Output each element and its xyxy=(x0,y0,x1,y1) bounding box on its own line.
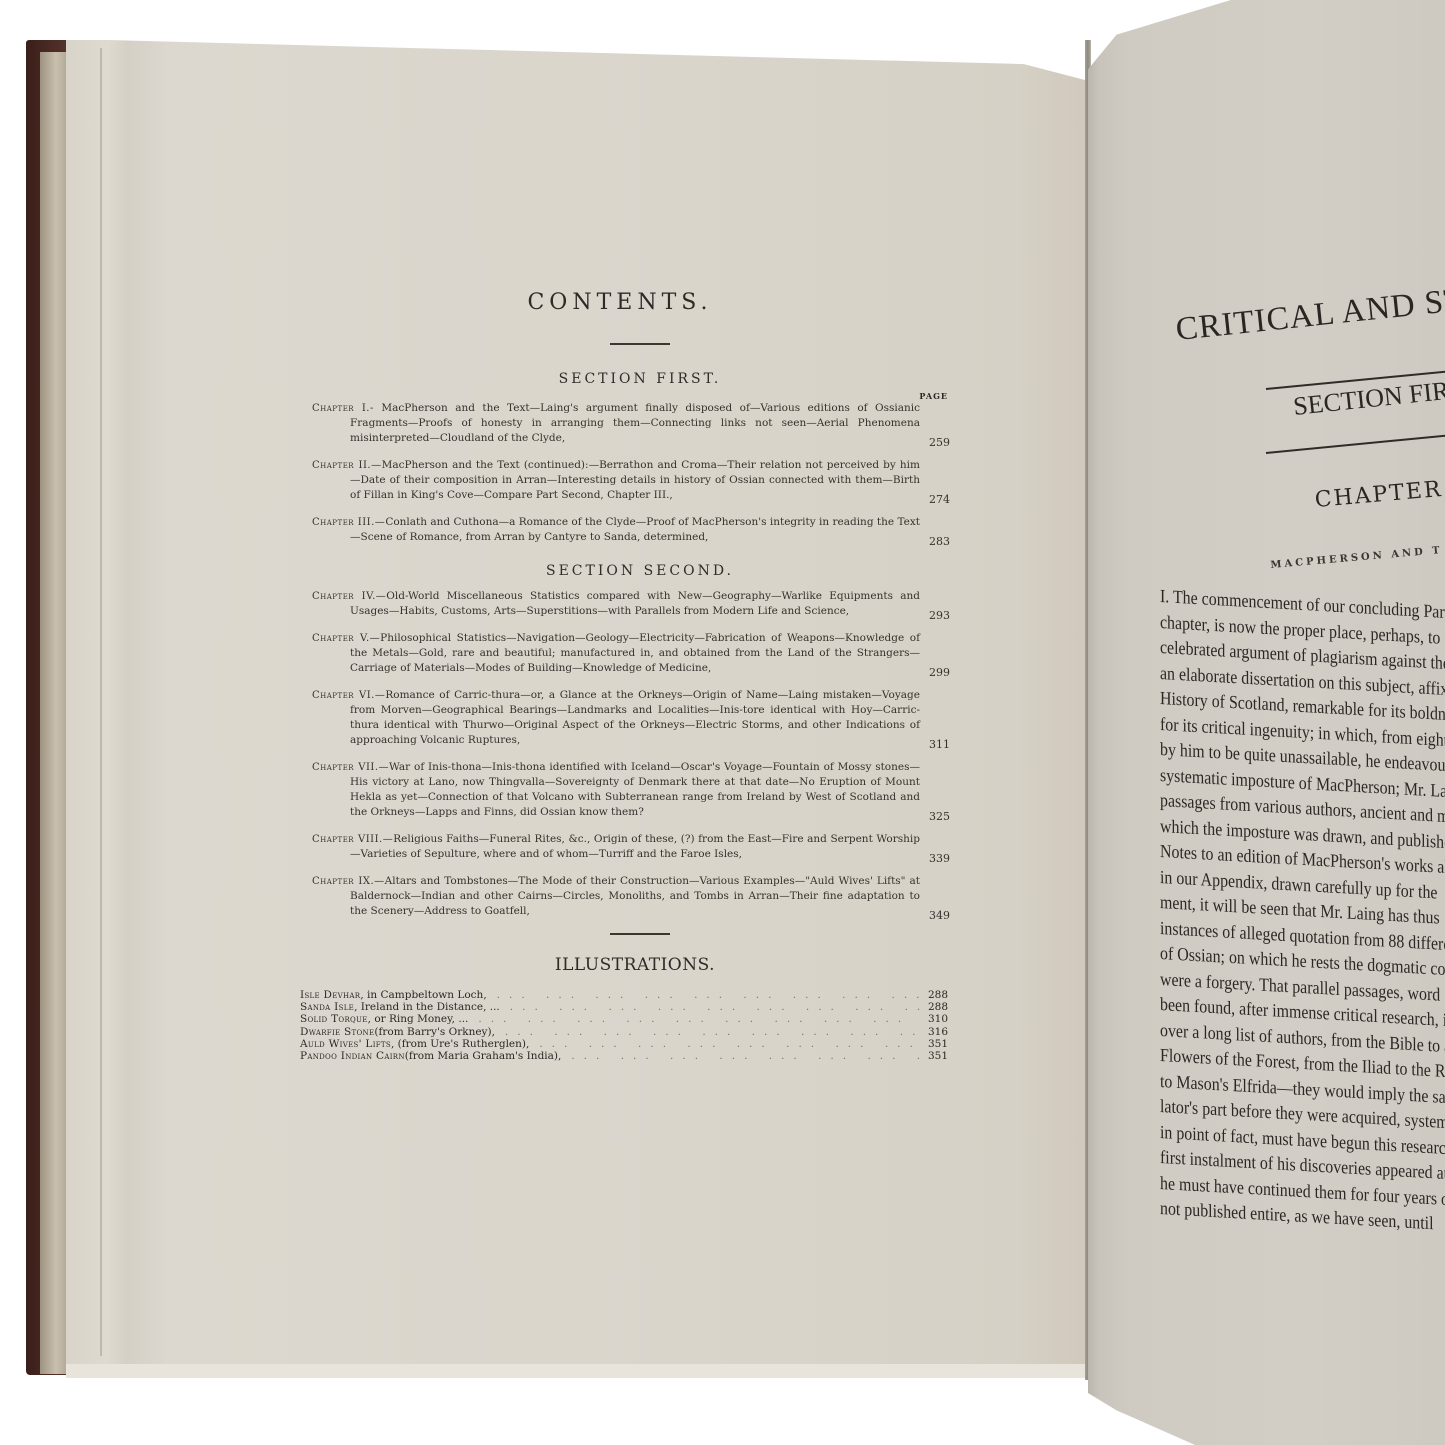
illustrations-list: Isle Devhar, in Campbeltown Loch, ... ..… xyxy=(300,989,960,1062)
toc-entry-chapter-8: Chapter VIII.—Religious Faiths—Funeral R… xyxy=(300,832,960,862)
dot-leader: ... ... ... ... ... ... ... ... ... ... … xyxy=(500,1001,920,1013)
illustration-entry: Isle Devhar, in Campbeltown Loch, ... ..… xyxy=(300,989,960,1001)
section-rule-bottom xyxy=(1266,434,1445,454)
illustration-page-number: 351 xyxy=(920,1038,960,1050)
chapter-heading: CHAPTER xyxy=(1314,477,1444,513)
chapter-description: Romance of Carric-thura—or, a Glance at … xyxy=(350,689,920,746)
contents-page: CONTENTS. SECTION FIRST. PAGE Chapter I.… xyxy=(300,290,960,1062)
chapter-page-number: 293 xyxy=(929,608,950,623)
chapter-description: MacPherson and the Text (continued):—Ber… xyxy=(350,459,920,501)
illustrations-rule xyxy=(610,933,670,935)
chapter-page-number: 349 xyxy=(929,908,950,923)
dot-leader: ... ... ... ... ... ... ... ... ... ... … xyxy=(529,1038,920,1050)
illustration-entry: Solid Torque, or Ring Money, ... ... ...… xyxy=(300,1013,960,1025)
illustration-detail: , (from Ure's Rutherglen), xyxy=(391,1038,529,1050)
illustration-detail: (from Maria Graham's India), xyxy=(405,1050,562,1062)
illustration-entry: Pandoo Indian Cairn (from Maria Graham's… xyxy=(300,1050,960,1062)
chapter-page-number: 274 xyxy=(929,492,950,507)
illustration-name: Sanda Isle xyxy=(300,1001,354,1013)
section-first-heading: SECTION FIRST. xyxy=(310,371,970,387)
chapter-description: Religious Faiths—Funeral Rites, &c., Ori… xyxy=(350,833,920,860)
running-title: CRITICAL AND ST xyxy=(1174,282,1445,349)
chapter-label: Chapter III.— xyxy=(312,517,385,528)
chapter-description: Altars and Tombstones—The Mode of their … xyxy=(350,875,920,917)
toc-entry-chapter-5: Chapter V.—Philosophical Statistics—Navi… xyxy=(300,631,960,676)
illustration-detail: , Ireland in the Distance, ... xyxy=(354,1001,500,1013)
toc-entry-chapter-2: Chapter II.—MacPherson and the Text (con… xyxy=(300,458,960,503)
dot-leader: ... ... ... ... ... ... ... ... ... ... … xyxy=(487,989,920,1001)
illustration-detail: (from Barry's Orkney), xyxy=(374,1026,495,1038)
chapter-description: MacPherson and the Text—Laing's argument… xyxy=(350,402,920,444)
toc-entry-chapter-4: Chapter IV.—Old-World Miscellaneous Stat… xyxy=(300,589,960,619)
chapter-page-number: 283 xyxy=(929,534,950,549)
toc-entry-chapter-6: Chapter VI.—Romance of Carric-thura—or, … xyxy=(300,688,960,748)
illustration-entry: Dwarfie Stone (from Barry's Orkney), ...… xyxy=(300,1026,960,1038)
chapter-page-number: 339 xyxy=(929,851,950,866)
contents-title: CONTENTS. xyxy=(280,290,960,315)
illustrations-heading: ILLUSTRATIONS. xyxy=(305,955,965,975)
body-text: I. The commencement of our concluding Pa… xyxy=(1160,585,1445,1243)
illustration-page-number: 288 xyxy=(920,1001,960,1013)
chapter-description: Philosophical Statistics—Navigation—Geol… xyxy=(350,632,920,674)
chapter-subtitle: MACPHERSON AND T xyxy=(1270,545,1443,571)
chapter-page-number: 311 xyxy=(929,737,950,752)
dot-leader: ... ... ... ... ... ... ... ... ... ... … xyxy=(495,1026,920,1038)
illustration-page-number: 288 xyxy=(920,989,960,1001)
illustration-name: Dwarfie Stone xyxy=(300,1026,374,1038)
illustration-name: Solid Torque xyxy=(300,1013,368,1025)
illustration-page-number: 351 xyxy=(920,1050,960,1062)
illustration-detail: , or Ring Money, ... xyxy=(368,1013,469,1025)
chapter-label: Chapter IX.— xyxy=(312,876,385,887)
chapter-label: Chapter VII.— xyxy=(312,762,389,773)
illustration-detail: , in Campbeltown Loch, xyxy=(360,989,486,1001)
chapter-label: Chapter I.- xyxy=(312,403,374,414)
dot-leader: ... ... ... ... ... ... ... ... ... ... … xyxy=(468,1013,920,1025)
chapter-label: Chapter II.— xyxy=(312,460,382,471)
chapter-page-number: 259 xyxy=(929,435,950,450)
page-column-label: PAGE xyxy=(300,391,960,401)
illustration-name: Pandoo Indian Cairn xyxy=(300,1050,405,1062)
illustration-page-number: 310 xyxy=(920,1013,960,1025)
chapter-label: Chapter VIII.— xyxy=(312,834,393,845)
toc-entry-chapter-3: Chapter III.—Conlath and Cuthona—a Roman… xyxy=(300,515,960,545)
illustration-entry: Auld Wives' Lifts, (from Ure's Ruthergle… xyxy=(300,1038,960,1050)
chapter-description: Conlath and Cuthona—a Romance of the Cly… xyxy=(350,516,920,543)
toc-entry-chapter-1: Chapter I.- MacPherson and the Text—Lain… xyxy=(300,401,960,446)
chapter-label: Chapter VI.— xyxy=(312,690,385,701)
illustration-name: Auld Wives' Lifts xyxy=(300,1038,391,1050)
chapter-description: Old-World Miscellaneous Statistics compa… xyxy=(350,590,920,617)
chapter-page-number: 325 xyxy=(929,809,950,824)
section-second-heading: SECTION SECOND. xyxy=(310,563,970,579)
illustration-name: Isle Devhar xyxy=(300,989,360,1001)
chapter-description: War of Inis-thona—Inis-thona identified … xyxy=(350,761,920,818)
title-rule xyxy=(610,343,670,345)
chapter-label: Chapter V.— xyxy=(312,633,380,644)
dot-leader: ... ... ... ... ... ... ... ... ... ... … xyxy=(561,1050,920,1062)
right-page: CRITICAL AND ST SECTION FIR CHAPTER MACP… xyxy=(1088,0,1445,1445)
toc-entry-chapter-9: Chapter IX.—Altars and Tombstones—The Mo… xyxy=(300,874,960,919)
illustration-entry: Sanda Isle, Ireland in the Distance, ...… xyxy=(300,1001,960,1013)
chapter-label: Chapter IV.— xyxy=(312,591,386,602)
toc-entry-chapter-7: Chapter VII.—War of Inis-thona—Inis-thon… xyxy=(300,760,960,820)
illustration-page-number: 316 xyxy=(920,1026,960,1038)
chapter-page-number: 299 xyxy=(929,665,950,680)
